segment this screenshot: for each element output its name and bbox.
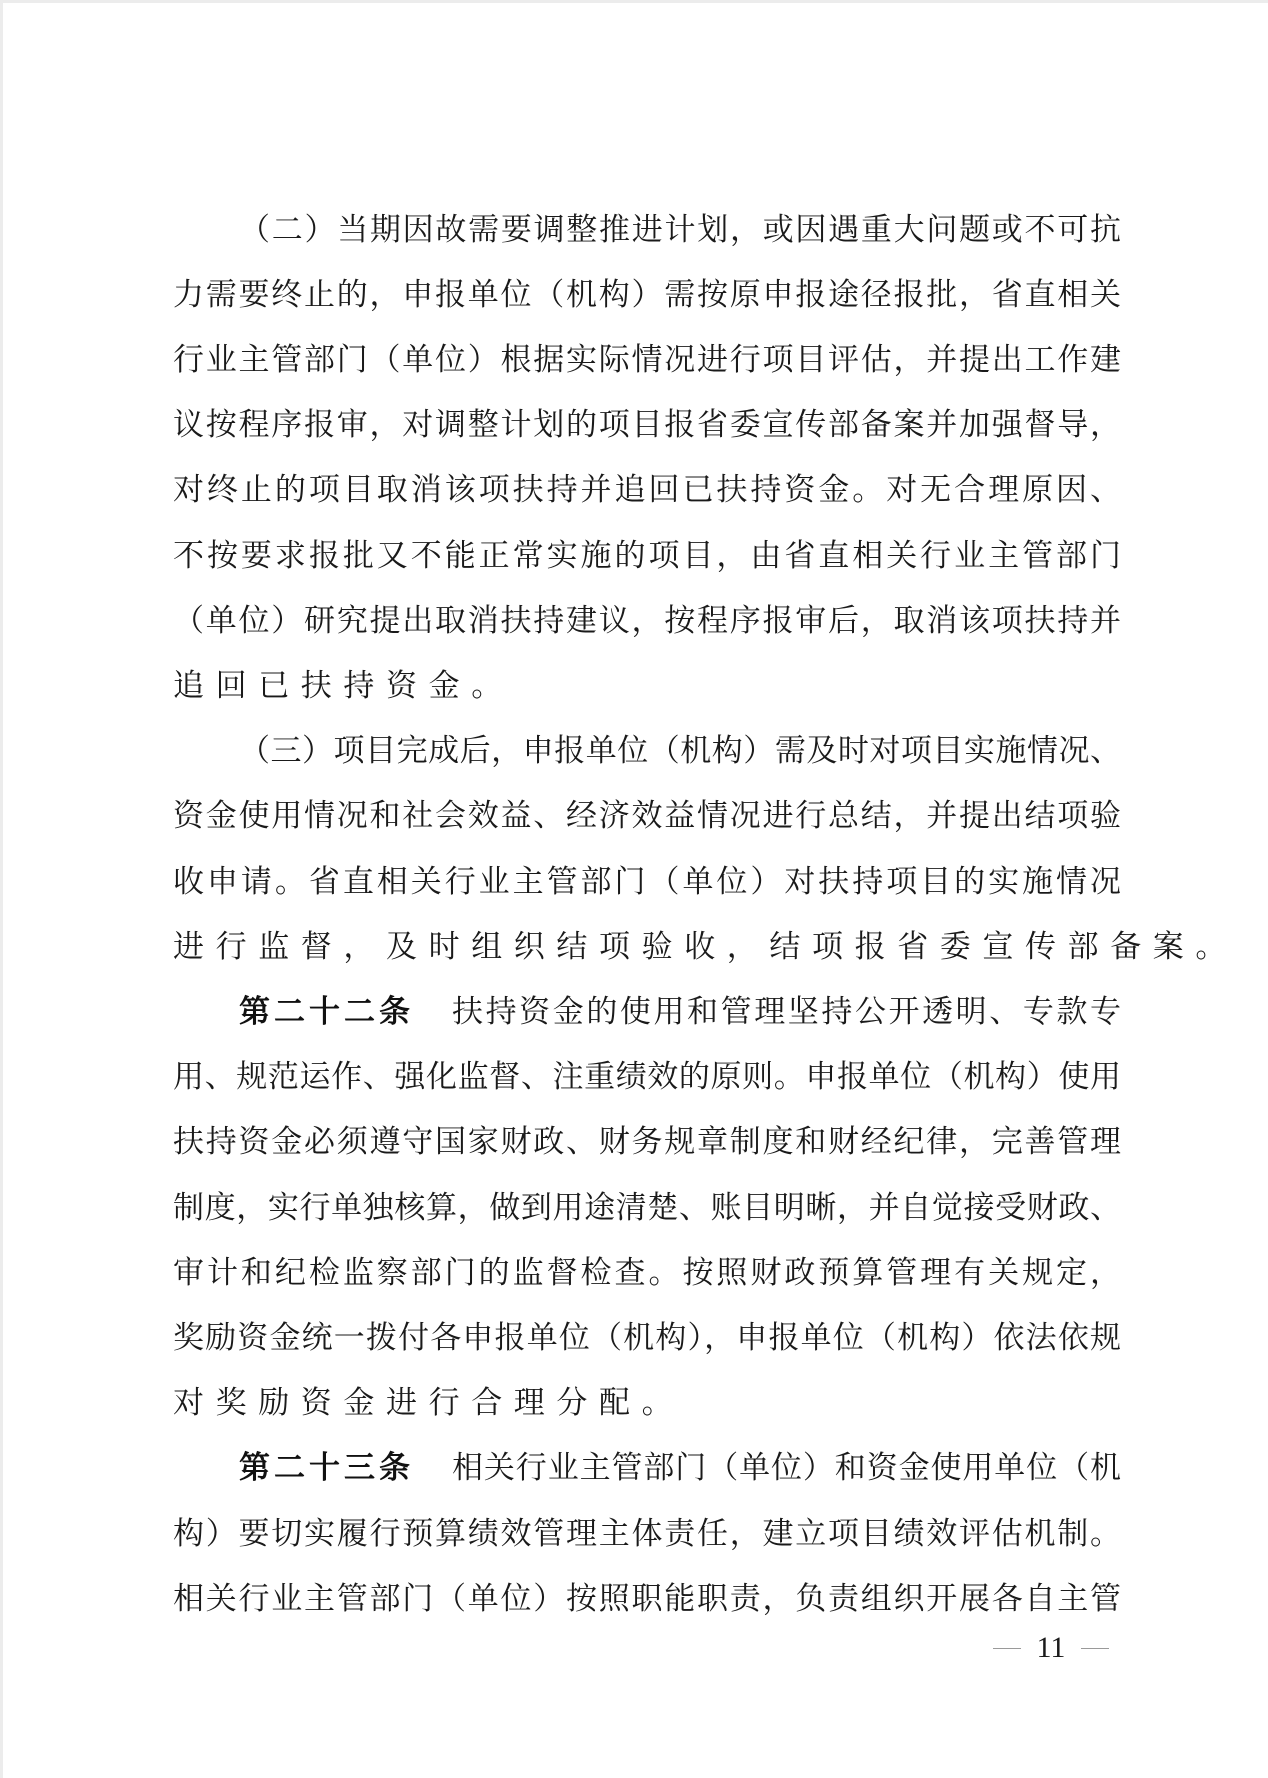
- page-number-dash-left: [993, 1648, 1021, 1649]
- article-22-line: 对奖励资金进行合理分配。: [173, 1383, 1121, 1423]
- paragraph-2-line: 议按程序报审，对调整计划的项目报省委宣传部备案并加强督导，: [173, 405, 1121, 445]
- page-number: 11: [993, 1630, 1109, 1666]
- paragraph-2-line: （二）当期因故需要调整推进计划，或因遇重大问题或不可抗: [239, 210, 1121, 250]
- article-22-first-line: 第二十二条 扶持资金的使用和管理坚持公开透明、专款专: [239, 992, 1121, 1032]
- paragraph-2-line: 行业主管部门（单位）根据实际情况进行项目评估，并提出工作建: [173, 340, 1121, 380]
- article-22-line: 审计和纪检监察部门的监督检查。按照财政预算管理有关规定，: [173, 1253, 1121, 1293]
- page-number-dash-right: [1081, 1648, 1109, 1649]
- article-22-line: 扶持资金必须遵守国家财政、财务规章制度和财经纪律，完善管理: [173, 1122, 1121, 1162]
- article-23-text: 相关行业主管部门（单位）和资金使用单位（机: [452, 1448, 1121, 1488]
- article-23-line: 构）要切实履行预算绩效管理主体责任，建立项目绩效评估机制。: [173, 1514, 1121, 1554]
- paragraph-2-line: 对终止的项目取消该项扶持并追回已扶持资金。对无合理原因、: [173, 470, 1121, 510]
- paragraph-3-line: 资金使用情况和社会效益、经济效益情况进行总结，并提出结项验: [173, 796, 1121, 836]
- paragraph-2-line: 追回已扶持资金。: [173, 666, 1121, 706]
- paragraph-3-line: （三）项目完成后，申报单位（机构）需及时对项目实施情况、: [239, 731, 1121, 771]
- paragraph-3-line: 收申请。省直相关行业主管部门（单位）对扶持项目的实施情况: [173, 862, 1121, 902]
- article-23-line: 相关行业主管部门（单位）按照职能职责，负责组织开展各自主管: [173, 1579, 1121, 1619]
- article-22-title: 第二十二条: [239, 992, 414, 1032]
- paragraph-2-line: （单位）研究提出取消扶持建议，按程序报审后，取消该项扶持并: [173, 601, 1121, 641]
- page-number-value: 11: [1037, 1631, 1066, 1665]
- paragraph-3-line: 进行监督，及时组织结项验收，结项报省委宣传部备案。: [173, 927, 1121, 967]
- article-22-text: 扶持资金的使用和管理坚持公开透明、专款专: [452, 992, 1121, 1032]
- paragraph-2-line: 力需要终止的，申报单位（机构）需按原申报途径报批，省直相关: [173, 275, 1121, 315]
- paragraph-2-line: 不按要求报批又不能正常实施的项目，由省直相关行业主管部门: [173, 536, 1121, 576]
- article-22-line: 奖励资金统一拨付各申报单位（机构），申报单位（机构）依法依规: [173, 1318, 1121, 1358]
- article-23-first-line: 第二十三条 相关行业主管部门（单位）和资金使用单位（机: [239, 1448, 1121, 1488]
- article-22-line: 用、规范运作、强化监督、注重绩效的原则。申报单位（机构）使用: [173, 1057, 1121, 1097]
- article-23-title: 第二十三条: [239, 1448, 414, 1488]
- document-page: （二）当期因故需要调整推进计划，或因遇重大问题或不可抗 力需要终止的，申报单位（…: [0, 0, 1268, 1778]
- article-22-line: 制度，实行单独核算，做到用途清楚、账目明晰，并自觉接受财政、: [173, 1188, 1121, 1228]
